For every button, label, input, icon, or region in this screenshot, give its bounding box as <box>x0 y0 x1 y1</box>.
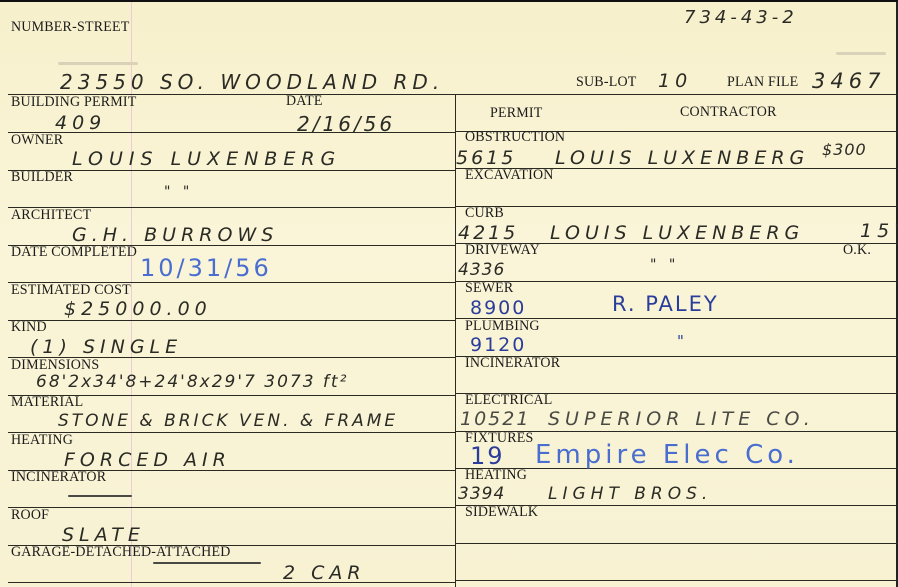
obstruction-permit: 5615 <box>456 147 516 169</box>
incinerator-dash <box>68 495 132 497</box>
erased-mark <box>836 52 886 55</box>
curb-permit: 4215 <box>458 222 518 244</box>
builder-label: BUILDER <box>11 170 73 187</box>
rule <box>8 507 455 508</box>
garage-label: GARAGE-DETACHED-ATTACHED <box>11 545 231 562</box>
kind-label: KIND <box>11 320 47 337</box>
address-value: 23550 SO. WOODLAND RD. <box>60 70 444 94</box>
builder-value: " " <box>164 184 193 200</box>
plumbing-contractor: " <box>677 332 686 350</box>
excavation-label: EXCAVATION <box>465 168 554 185</box>
material-label: MATERIAL <box>11 395 83 412</box>
sewer-contractor: R. PALEY <box>612 292 719 316</box>
owner-value: LOUIS LUXENBERG <box>72 148 341 170</box>
architect-label: ARCHITECT <box>11 208 91 225</box>
erased-mark <box>58 62 138 65</box>
driveway-label: DRIVEWAY <box>465 243 540 260</box>
date-value: 2/16/56 <box>297 112 395 136</box>
plan-file-value: 3467 <box>812 69 885 93</box>
sub-lot-label: SUB-LOT <box>576 75 637 92</box>
curb-label: CURB <box>465 206 504 223</box>
fixtures-contractor: Empire Elec Co. <box>535 440 799 470</box>
material-value: STONE & BRICK VEN. & FRAME <box>58 411 398 431</box>
electrical-permit: 10521 <box>460 408 530 430</box>
date-label: DATE <box>286 94 323 111</box>
curb-contractor: LOUIS LUXENBERG <box>550 222 804 244</box>
permit-header: PERMIT <box>490 106 543 123</box>
incinerator-permit-label: INCINERATOR <box>465 356 560 373</box>
curb-length: 15' <box>860 220 898 242</box>
contractor-header: CONTRACTOR <box>680 105 777 122</box>
rule <box>8 170 455 171</box>
driveway-ok: O.K. <box>843 243 871 260</box>
date-completed-label: DATE COMPLETED <box>11 245 137 262</box>
garage-value: 2 CAR <box>283 562 366 584</box>
heating-permit: 3394 <box>458 484 505 504</box>
roof-label: ROOF <box>11 508 49 525</box>
file-number: 734-43-2 <box>684 7 798 28</box>
obstruction-fee: $300 <box>822 140 867 159</box>
number-street-label: NUMBER-STREET <box>11 20 130 37</box>
heating-permit-label: HEATING <box>465 468 527 485</box>
sewer-label: SEWER <box>465 281 513 298</box>
plumbing-permit: 9120 <box>470 334 526 356</box>
rule <box>8 432 455 433</box>
obstruction-contractor: LOUIS LUXENBERG <box>555 147 809 169</box>
driveway-permit: 4336 <box>458 260 505 280</box>
fixtures-permit: 19 <box>470 442 505 470</box>
roof-value: SLATE <box>62 524 145 546</box>
rule <box>8 582 455 583</box>
attached-underline <box>153 562 261 564</box>
building-permit-label: BUILDING PERMIT <box>11 95 137 112</box>
electrical-label: ELECTRICAL <box>465 393 553 410</box>
architect-value: G.H. BURROWS <box>72 224 278 246</box>
rule <box>8 94 898 95</box>
driveway-contractor: " " <box>650 257 679 273</box>
date-completed-value: 10/31/56 <box>140 254 272 282</box>
estimated-cost-label: ESTIMATED COST <box>11 283 131 300</box>
heating-label: HEATING <box>11 433 73 450</box>
plumbing-label: PLUMBING <box>465 319 540 336</box>
building-permit-value: 409 <box>55 112 106 134</box>
sub-lot-value: 10 <box>658 70 692 92</box>
dimensions-value: 68'2x34'8+24'8x29'7 3073 ft² <box>36 372 348 392</box>
rule <box>455 580 898 581</box>
electrical-contractor: SUPERIOR LITE CO. <box>548 408 815 430</box>
incinerator-label: INCINERATOR <box>11 470 106 487</box>
plan-file-label: PLAN FILE <box>727 75 798 92</box>
estimated-cost-value: $25000.00 <box>64 298 212 320</box>
rule <box>455 281 898 282</box>
heating-value: FORCED AIR <box>64 449 231 471</box>
sewer-permit: 8900 <box>470 297 526 319</box>
owner-label: OWNER <box>11 133 63 150</box>
kind-value: (1) SINGLE <box>30 336 182 358</box>
heating-contractor: LIGHT BROS. <box>548 484 712 504</box>
building-record-card: 734-43-2 NUMBER-STREET 23550 SO. WOODLAN… <box>0 0 898 587</box>
obstruction-label: OBSTRUCTION <box>465 130 565 147</box>
rule <box>455 543 898 544</box>
rule <box>8 320 455 321</box>
sidewalk-label: SIDEWALK <box>465 505 538 522</box>
rule <box>455 206 898 207</box>
